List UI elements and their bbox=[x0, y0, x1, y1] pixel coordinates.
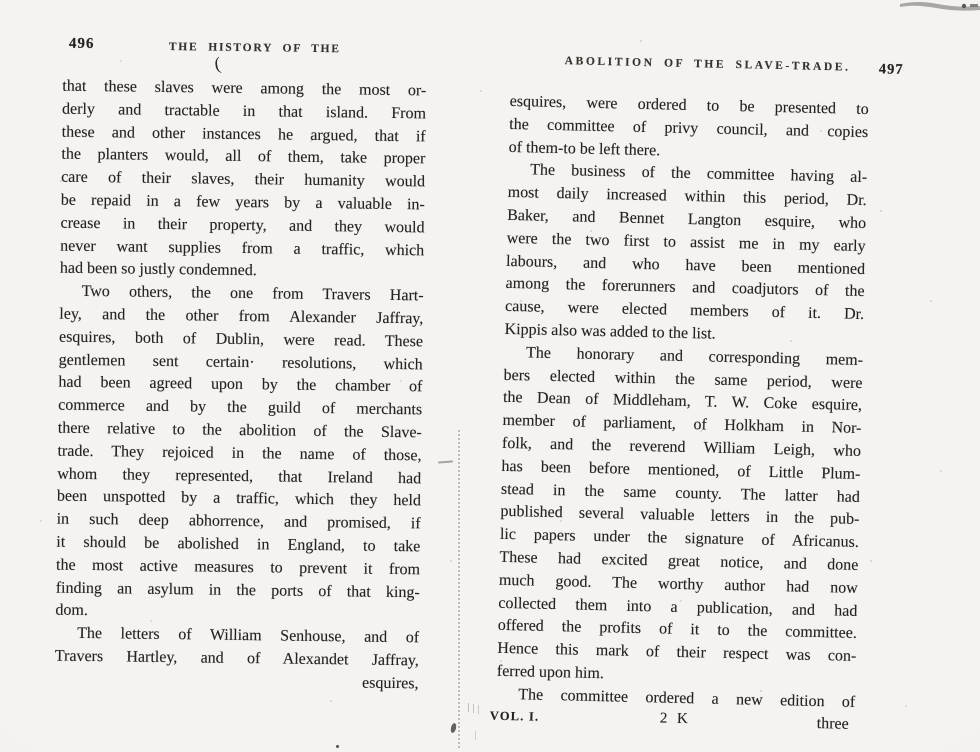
gutter-tick-marks bbox=[468, 703, 469, 712]
text-line: esquires, bbox=[54, 668, 418, 696]
gutter-dash-mark bbox=[438, 460, 453, 463]
left-page-number: 496 bbox=[69, 36, 95, 53]
left-page-text: that these slaves were among the most or… bbox=[54, 76, 426, 696]
left-page: 496 THE HISTORY OF THE ( that these slav… bbox=[54, 34, 427, 696]
right-page-number: 497 bbox=[879, 61, 904, 79]
gutter-fold-dotted-line bbox=[458, 430, 460, 748]
volume-label: VOL. I. bbox=[490, 708, 540, 724]
catchword: three bbox=[817, 715, 849, 734]
scanned-book-spread: 496 THE HISTORY OF THE ( that these slav… bbox=[0, 0, 980, 752]
text-line: Travers Hartley, and of Alexandet Jaffra… bbox=[55, 645, 419, 673]
gutter-ink-blob bbox=[450, 723, 457, 734]
left-running-header: THE HISTORY OF THE bbox=[169, 41, 341, 55]
ink-mark: ( bbox=[213, 53, 222, 75]
left-page-header: 496 THE HISTORY OF THE ( bbox=[62, 34, 427, 81]
right-running-header: ABOLITION OF THE SLAVE-TRADE. bbox=[565, 55, 851, 73]
right-page-text: esquires, were ordered to be presented t… bbox=[496, 91, 869, 715]
right-page-header: ABOLITION OF THE SLAVE-TRADE. 497 bbox=[510, 46, 870, 99]
printers-signature: 2 K bbox=[660, 710, 691, 728]
right-page: ABOLITION OF THE SLAVE-TRADE. 497 esquir… bbox=[496, 46, 870, 737]
paper-speckle-noise bbox=[0, 0, 2, 2]
page-edge-smudge bbox=[900, 0, 980, 14]
stray-ink-dot bbox=[336, 745, 339, 748]
